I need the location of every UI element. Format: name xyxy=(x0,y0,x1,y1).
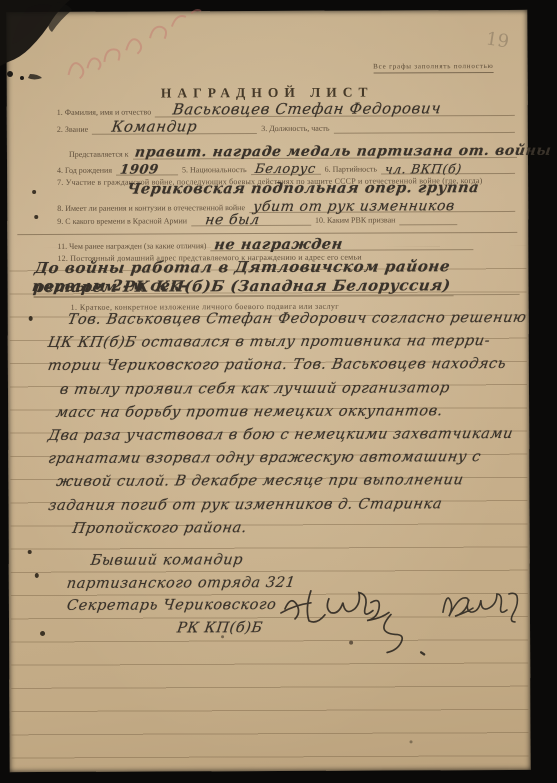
field-name-row: 1. Фамилия, имя и отчество Васьковцев Ст… xyxy=(57,105,519,118)
field-nationality-label: 5. Национальность xyxy=(182,165,247,175)
section-divider xyxy=(17,232,517,235)
citation-text: Тов. Васьковцев Стефан Федорович согласн… xyxy=(48,310,531,544)
citation-line: гранатами взорвал одну вражескую автомаш… xyxy=(48,449,530,474)
field-prior-awards-row: 11. Чем ранее награжден (за какие отличи… xyxy=(57,239,477,252)
field-rank-line: Командир xyxy=(92,123,257,135)
field-address-line2-wrap: ретарем РК КП(б)Б (Западная Белоруссия) xyxy=(34,276,454,298)
field-wounds-value: убит от рук изменников xyxy=(252,198,456,215)
punch-hole xyxy=(29,316,33,321)
citation-line: живой силой. В декабре месяце при выполн… xyxy=(48,472,530,497)
signer-titles: Бывший командир партизанского отряда 321… xyxy=(67,552,296,643)
paper-sheet: Все графы заполнять полностью НАГРАДНОЙ … xyxy=(6,10,530,772)
signer-title-line: Бывший командир xyxy=(67,552,296,576)
field-army-service-line: не был xyxy=(191,215,311,227)
paper-speck xyxy=(349,641,353,645)
field-presented-line: правит. награде медаль партизана от. вой… xyxy=(133,147,517,160)
field-nationality-value: Белорус xyxy=(254,162,317,177)
field-position-line xyxy=(334,122,515,134)
citation-line: Пропойского района. xyxy=(49,519,531,544)
paper-speck xyxy=(221,635,224,638)
signer-title-line: Секретарь Чериковского xyxy=(67,597,296,621)
field-party-line: чл. ВКП(б) xyxy=(381,163,515,175)
field-position-label: 3. Должность, часть xyxy=(261,124,329,134)
field-army-service-label: 9. С какого времени в Красной Армии xyxy=(57,216,187,227)
field-birthyear-line: 1909 xyxy=(116,164,178,175)
field-war-participation-value-wrap: Чериковская подпольная опер. группа xyxy=(127,179,479,199)
field-party-label: 6. Партийность xyxy=(325,165,378,175)
punch-hole xyxy=(34,215,38,219)
field-rank-label: 2. Звание xyxy=(57,125,88,135)
field-presented-value: правит. награде медаль партизана от. вой… xyxy=(133,142,557,160)
signer-title-line: РК КП(б)Б xyxy=(67,620,296,644)
citation-line: в тылу проявил себя как лучший организат… xyxy=(48,379,530,404)
field-rvk-line xyxy=(399,214,457,225)
field-rank-row: 2. Звание Командир 3. Должность, часть xyxy=(57,122,519,135)
citation-line: тории Чериковского района. Тов. Васьковц… xyxy=(48,356,530,381)
field-wounds-row: 8. Имеет ли ранения и контузии в отечест… xyxy=(57,201,519,214)
signer-title-line: партизанского отряда 321 xyxy=(67,574,296,598)
field-birthyear-label: 4. Год рождения xyxy=(57,166,112,176)
field-rank-value: Командир xyxy=(111,117,199,135)
field-birth-nationality-party-row: 4. Год рождения 1909 5. Национальность Б… xyxy=(57,163,519,176)
field-address-value-line2: ретарем РК КП(б)Б (Западная Белоруссия) xyxy=(32,276,452,296)
citation-line: задания погиб от рук изменников д. Стари… xyxy=(48,495,530,520)
punch-hole xyxy=(40,631,45,636)
signature-commander xyxy=(271,568,527,661)
field-name-value: Васьковцев Стефан Федорович xyxy=(172,99,443,118)
field-prior-awards-value: не награжден xyxy=(213,236,344,254)
field-war-participation-value: Чериковская подпольная опер. группа xyxy=(126,179,480,198)
punch-hole xyxy=(32,190,36,194)
fill-all-fields-note: Все графы заполнять полностью xyxy=(373,62,493,74)
field-rvk-label: 10. Каким РВК призван xyxy=(315,215,395,225)
field-name-label: 1. Фамилия, имя и отчество xyxy=(57,108,151,118)
field-nationality-line: Белорус xyxy=(251,164,321,175)
citation-line: Два раза участвовал в бою с немецкими за… xyxy=(48,426,530,451)
field-birthyear-value: 1909 xyxy=(119,162,160,177)
citation-line: масс на борьбу против немецких оккупанто… xyxy=(48,403,530,428)
page-number: 19 xyxy=(484,28,510,52)
field-party-value: чл. ВКП(б) xyxy=(384,161,463,176)
field-army-service-row: 9. С какого времени в Красной Армии не б… xyxy=(57,214,519,227)
scanned-award-sheet: Все графы заполнять полностью НАГРАДНОЙ … xyxy=(0,0,557,783)
citation-line: Тов. Васьковцев Стефан Федорович согласн… xyxy=(48,310,530,335)
punch-hole xyxy=(35,573,39,578)
field-prior-awards-label: 11. Чем ранее награжден (за какие отличи… xyxy=(57,241,206,252)
field-presented-label: Представляется к xyxy=(69,150,129,160)
field-army-service-value: не был xyxy=(204,212,261,228)
field-presented-row: Представляется к правит. награде медаль … xyxy=(69,147,521,160)
paper-speck xyxy=(410,740,413,743)
field-wounds-line: убит от рук изменников xyxy=(249,201,515,213)
field-name-line: Васьковцев Стефан Федорович xyxy=(155,105,515,118)
punch-hole xyxy=(28,550,32,554)
field-prior-awards-line: не награжден xyxy=(210,239,473,251)
citation-line: ЦК КП(б)Б оставался в тылу противника на… xyxy=(48,333,530,358)
